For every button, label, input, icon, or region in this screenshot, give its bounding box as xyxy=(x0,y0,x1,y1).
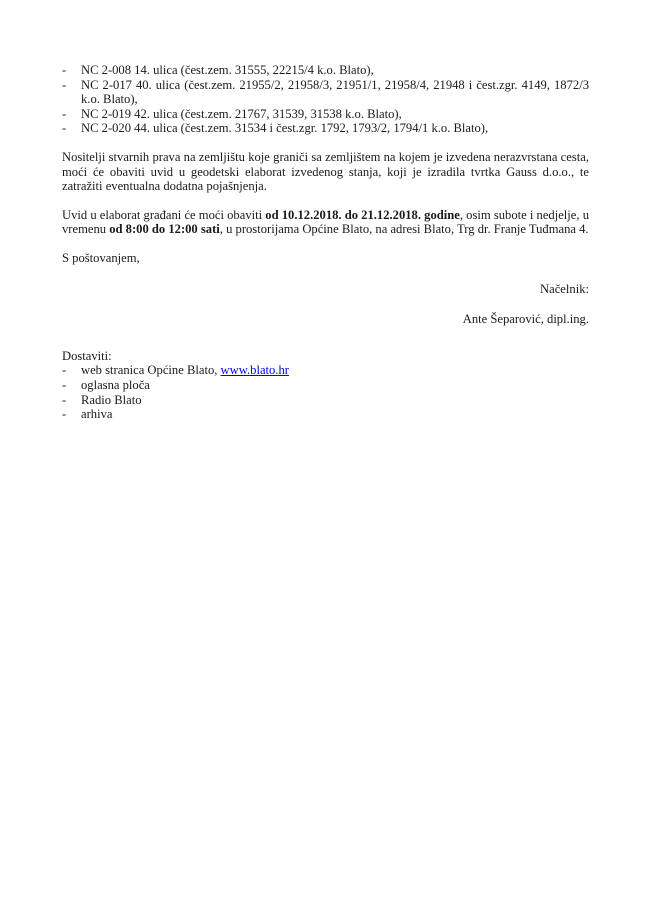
list-item: -NC 2-020 44. ulica (čest.zem. 31534 i č… xyxy=(62,121,589,136)
list-item: -oglasna ploča xyxy=(62,378,589,393)
roads-list: -NC 2-008 14. ulica (čest.zem. 31555, 22… xyxy=(62,63,589,136)
deliver-to-list: -web stranica Općine Blato, www.blato.hr… xyxy=(62,363,589,421)
inspection-dates: od 10.12.2018. do 21.12.2018. godine xyxy=(265,208,460,222)
list-item: -NC 2-019 42. ulica (čest.zem. 21767, 31… xyxy=(62,107,589,122)
dash-bullet: - xyxy=(62,107,66,122)
inspection-hours: od 8:00 do 12:00 sati xyxy=(109,222,220,236)
dash-bullet: - xyxy=(62,393,66,408)
signatory-name: Ante Šeparović, dipl.ing. xyxy=(62,312,589,327)
list-item: -web stranica Općine Blato, www.blato.hr xyxy=(62,363,589,378)
signatory-title: Načelnik: xyxy=(62,282,589,297)
inspection-paragraph: Uvid u elaborat građani će moći obaviti … xyxy=(62,208,589,237)
road-item-text: NC 2-020 44. ulica (čest.zem. 31534 i če… xyxy=(81,121,488,135)
dash-bullet: - xyxy=(62,407,66,422)
closing-salutation: S poštovanjem, xyxy=(62,251,589,266)
dash-bullet: - xyxy=(62,121,66,136)
website-link[interactable]: www.blato.hr xyxy=(221,363,289,377)
dash-bullet: - xyxy=(62,78,66,93)
list-item: -NC 2-008 14. ulica (čest.zem. 31555, 22… xyxy=(62,63,589,78)
list-item: -Radio Blato xyxy=(62,393,589,408)
document-page: -NC 2-008 14. ulica (čest.zem. 31555, 22… xyxy=(62,63,589,422)
dash-bullet: - xyxy=(62,363,66,378)
road-item-text: NC 2-017 40. ulica (čest.zem. 21955/2, 2… xyxy=(81,78,589,107)
road-item-text: NC 2-019 42. ulica (čest.zem. 21767, 315… xyxy=(81,107,402,121)
deliver-to-heading: Dostaviti: xyxy=(62,349,589,364)
list-item: -NC 2-017 40. ulica (čest.zem. 21955/2, … xyxy=(62,78,589,107)
dash-bullet: - xyxy=(62,378,66,393)
list-item: -arhiva xyxy=(62,407,589,422)
dash-bullet: - xyxy=(62,63,66,78)
holders-paragraph: Nositelji stvarnih prava na zemljištu ko… xyxy=(62,150,589,194)
road-item-text: NC 2-008 14. ulica (čest.zem. 31555, 222… xyxy=(81,63,374,77)
